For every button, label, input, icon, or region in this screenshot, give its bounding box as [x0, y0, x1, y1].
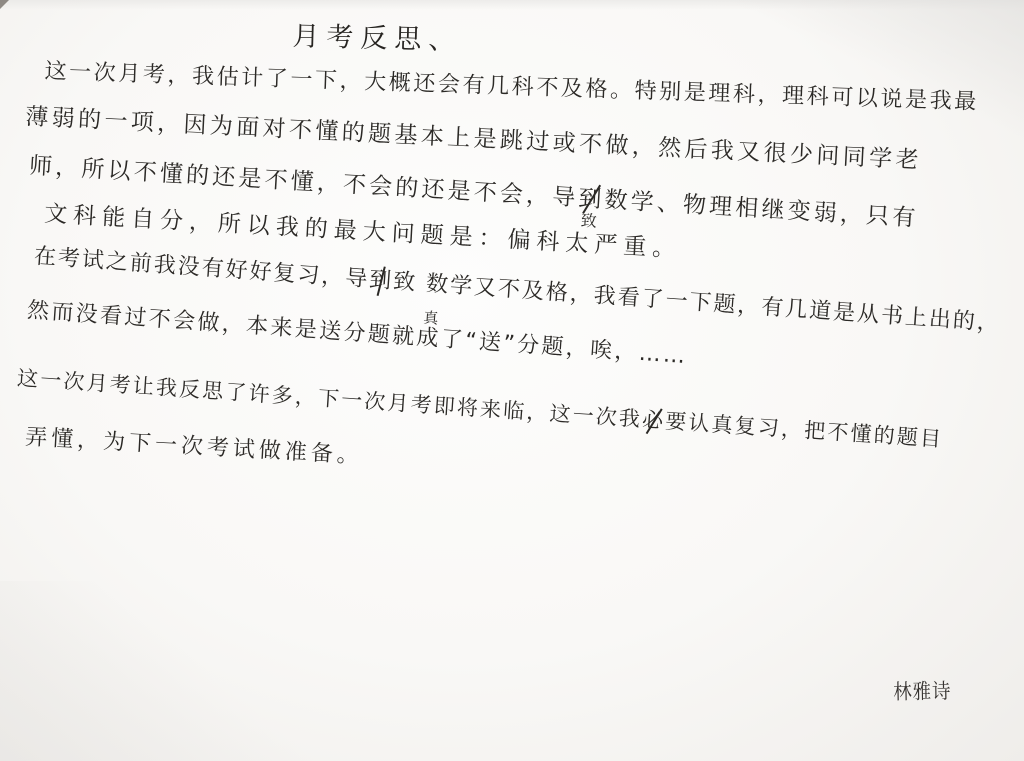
struck-text: 到	[368, 267, 394, 294]
paper-shadow-top-right	[684, 0, 1024, 150]
struck-text: 到致	[578, 186, 606, 214]
photo-corner-mark	[0, 0, 9, 9]
essay-title: 月考反思、	[292, 14, 463, 57]
paper-shadow-bottom-left	[0, 581, 420, 761]
signature: 林雅诗	[893, 675, 952, 706]
text-segment: 成真	[416, 325, 442, 352]
handwritten-note-photo: 月考反思、 这一次月考，我估计了一下，大概还会有几科不及格。特别是理科，理科可以…	[0, 0, 1024, 761]
struck-text: 必	[641, 408, 666, 433]
correction-above: 真	[423, 309, 439, 329]
correction-below: 致	[580, 211, 597, 232]
